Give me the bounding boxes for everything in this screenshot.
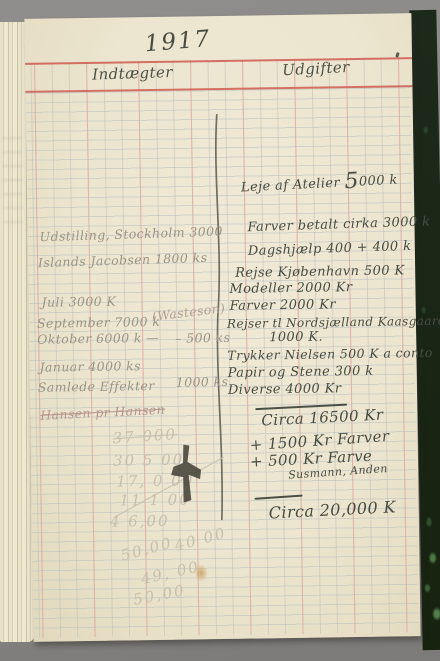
- column-header-expenses: Udgifter: [282, 60, 350, 78]
- brown-stain: [195, 564, 208, 581]
- entry-effects: Samlede Effekter: [38, 380, 155, 394]
- entry-rent-amount-rest: 000 k: [359, 173, 399, 190]
- ledger-page: 1917 Indtægter Udgifter Leje af Atelier …: [24, 13, 420, 642]
- entry-travel-copenhagen: Rejse Kjøbenhavn 500 K: [235, 264, 405, 280]
- column-header-income: Indtægter: [92, 65, 173, 83]
- entry-printer: Trykker Nielsen 500 K a conto: [227, 347, 433, 363]
- ghost-sum-4600: 4 6,00: [110, 514, 170, 530]
- entry-october-deduction: – 500 ks: [175, 332, 230, 345]
- entry-rent-text: Leje af Atelier: [241, 175, 345, 195]
- ghost-sum-30500: 30 5 00: [113, 453, 184, 469]
- entry-rent-amount-big: 5: [344, 169, 360, 195]
- entry-travels-amount: 1000 K.: [269, 331, 323, 345]
- entry-july: Juli 3000 K: [42, 296, 117, 310]
- entry-september: September 7000 k: [37, 316, 161, 330]
- entry-january: Januar 4000 ks: [39, 360, 141, 374]
- entry-effects-amount: 1000 ks: [176, 376, 229, 389]
- entry-travels-nordsjaelland: Rejser tl Nordsjælland Kaasgaarden: [227, 314, 440, 329]
- entry-models: Modeller 2000 Kr: [229, 281, 352, 296]
- entry-paints: Farver 2000 Kr: [230, 298, 336, 313]
- photo-background: 1917 Indtægter Udgifter Leje af Atelier …: [0, 0, 440, 661]
- entry-miscellaneous: Diverse 4000 Kr: [228, 382, 342, 397]
- entry-october: Oktober 6000 k —: [37, 332, 159, 346]
- entry-paper-stones: Papir og Stene 300 k: [228, 365, 374, 380]
- ghost-sum-37000: 37 000: [112, 427, 177, 446]
- year-label: 1917: [144, 28, 212, 57]
- margin-smudge: [2, 137, 23, 227]
